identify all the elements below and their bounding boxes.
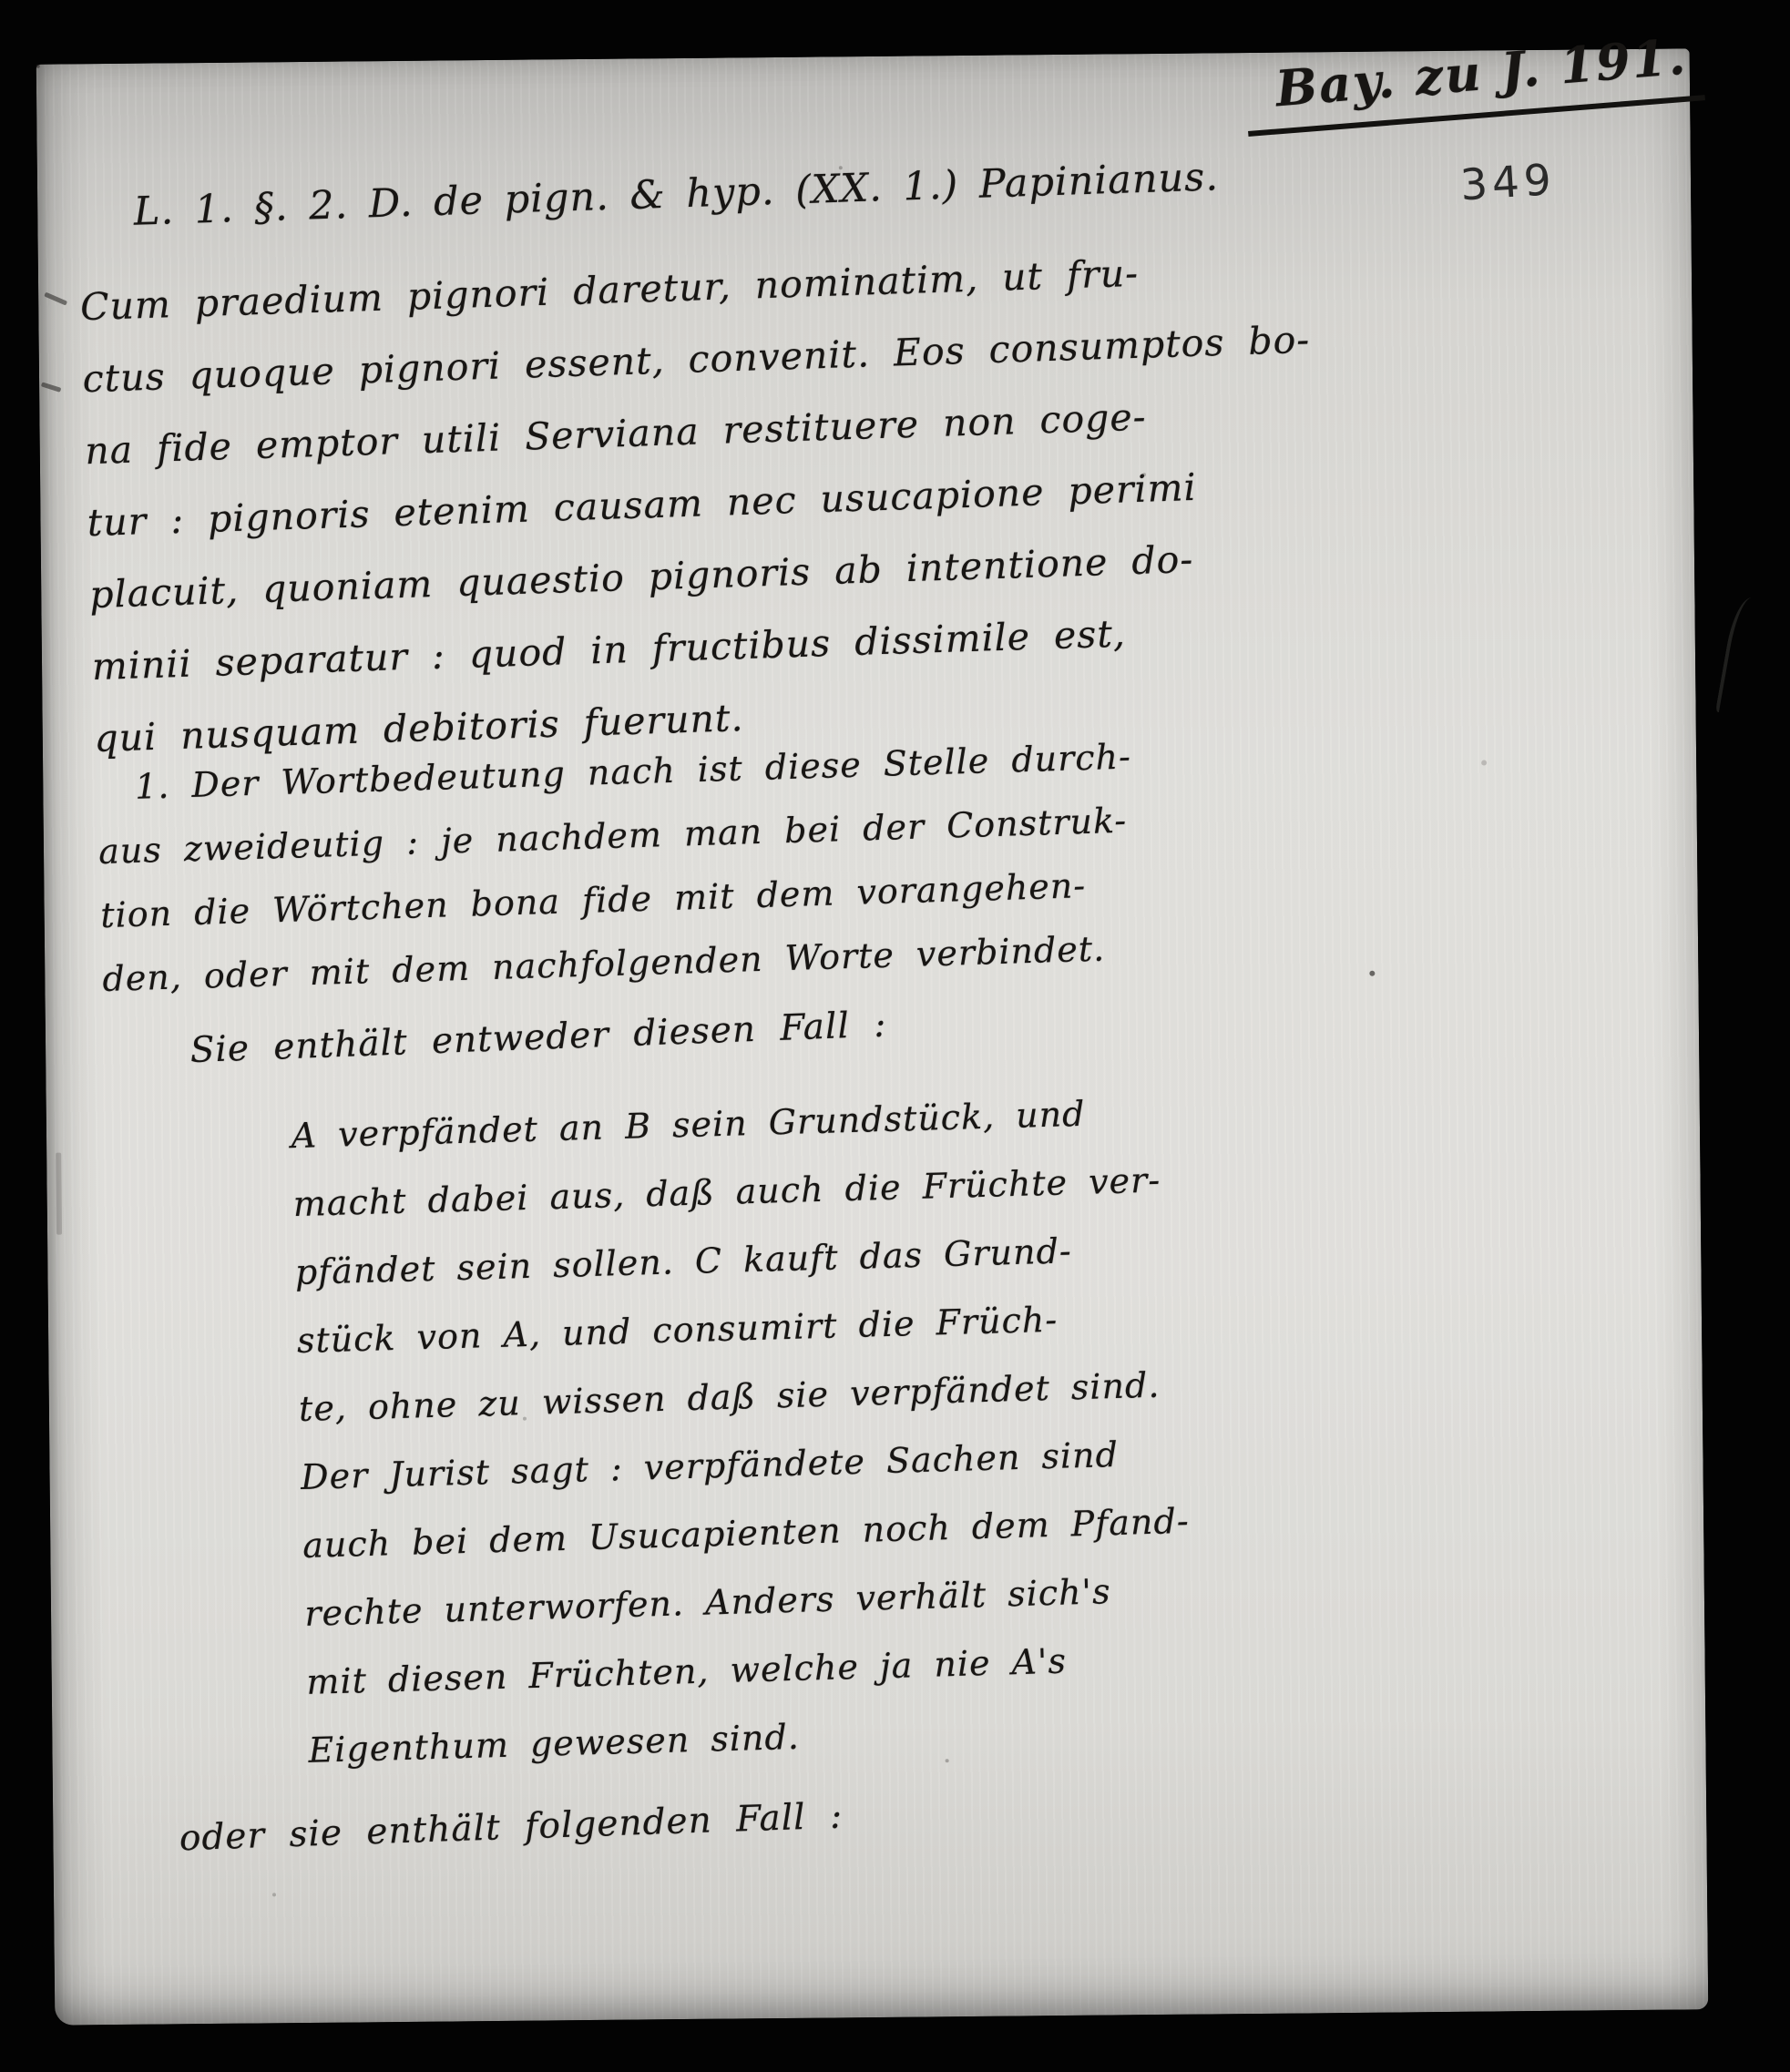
edge-smudge xyxy=(56,1153,62,1235)
citation-heading: L. 1. §. 2. D. de pign. & hyp. (XX. 1.) … xyxy=(133,154,1220,234)
case-closing-line: oder sie enthält folgenden Fall : xyxy=(179,1796,844,1860)
paper-specks xyxy=(36,65,40,68)
case-intro-line: Sie enthält entweder diesen Fall : xyxy=(189,1004,887,1071)
hair-scan-artifact xyxy=(1715,595,1763,716)
commentary-paragraph: 1. Der Wortbedeutung nach ist diese Stel… xyxy=(96,724,1138,1011)
edge-mark xyxy=(44,292,67,306)
scanned-manuscript: Bay. zu J. 191. 349 L. 1. §. 2. D. de pi… xyxy=(0,0,1790,2072)
case-example-paragraph: A verpfändet an B sein Grundstück, und m… xyxy=(291,1077,1196,1785)
docket-annotation: Bay. zu J. 191. xyxy=(1243,26,1705,137)
manuscript-page: Bay. zu J. 191. 349 L. 1. §. 2. D. de pi… xyxy=(36,48,1709,2025)
latin-quotation: Cum praedium pignori daretur, nominatim,… xyxy=(79,232,1323,775)
edge-mark xyxy=(41,382,61,392)
page-number: 349 xyxy=(1458,155,1557,210)
